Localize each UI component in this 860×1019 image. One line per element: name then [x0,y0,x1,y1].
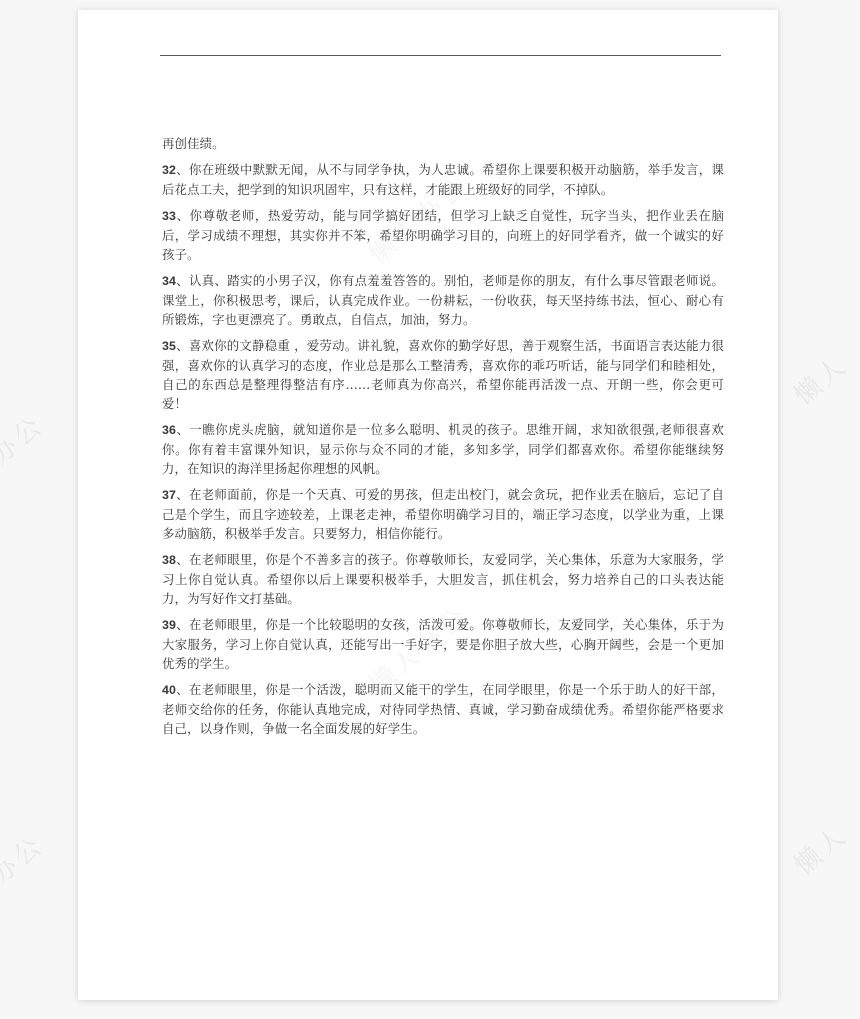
paragraph-number: 36 [162,423,176,437]
paragraph-number: 39 [162,618,176,632]
paragraph-36: 36、一瞧你虎头虎脑，就知道你是一位多么聪明、机灵的孩子。思维开阔，求知欲很强,… [162,420,724,478]
paragraph-35: 35、喜欢你的文静稳重 ，爱劳动。讲礼貌，喜欢你的勤学好思，善于观察生活，书面语… [162,336,724,413]
header-rule [160,55,721,56]
watermark-right-top: 懒人 [785,345,855,412]
paragraph-33: 33、你尊敬老师，热爱劳动，能与同学搞好团结，但学习上缺乏自觉性，玩字当头，把作… [162,206,724,264]
paragraph-text: 、在老师面前，你是一个天真、可爱的男孩，但走出校门，就会贪玩，把作业丢在脑后，忘… [162,487,724,541]
paragraph-number: 37 [162,488,176,502]
paragraph-37: 37、在老师面前，你是一个天真、可爱的男孩，但走出校门，就会贪玩，把作业丢在脑后… [162,485,724,543]
paragraph-text: 、在老师眼里，你是一个比较聪明的女孩，活泼可爱。你尊敬师长，友爱同学，关心集体，… [162,617,724,671]
paragraph-number: 35 [162,339,176,353]
paragraph-number: 40 [162,683,176,697]
paragraph-text: 、认真、踏实的小男子汉，你有点羞羞答答的。别怕，老师是你的朋友，有什么事尽管跟老… [162,273,724,327]
paragraph-text: 、在老师眼里，你是一个活泼，聪明而又能干的学生，在同学眼里，你是一个乐于助人的好… [162,682,724,736]
paragraph-40: 40、在老师眼里，你是一个活泼，聪明而又能干的学生，在同学眼里，你是一个乐于助人… [162,680,724,738]
paragraph-number: 32 [162,163,176,177]
paragraph-38: 38、在老师眼里，你是个不善多言的孩子。你尊敬师长，友爱同学，关心集体，乐意为大… [162,550,724,608]
paragraph-34: 34、认真、踏实的小男子汉，你有点羞羞答答的。别怕，老师是你的朋友，有什么事尽管… [162,271,724,329]
document-page: 再创佳绩。 32、你在班级中默默无闻，从不与同学争执，为人忠诚。希望你上课要积极… [78,10,778,1000]
paragraph-32: 32、你在班级中默默无闻，从不与同学争执，为人忠诚。希望你上课要积极开动脑筋，举… [162,160,724,199]
paragraph-number: 33 [162,209,176,223]
paragraph-text: 、在老师眼里，你是个不善多言的孩子。你尊敬师长，友爱同学，关心集体，乐意为大家服… [162,552,724,606]
paragraph-39: 39、在老师眼里，你是一个比较聪明的女孩，活泼可爱。你尊敬师长，友爱同学，关心集… [162,615,724,673]
paragraph-text: 、喜欢你的文静稳重 ，爱劳动。讲礼貌，喜欢你的勤学好思，善于观察生活，书面语言表… [162,338,724,411]
watermark-left-bottom: 办公 [0,825,51,892]
paragraph-text: 、你尊敬老师，热爱劳动，能与同学搞好团结，但学习上缺乏自觉性，玩字当头，把作业丢… [162,208,724,262]
paragraph-text: 、一瞧你虎头虎脑，就知道你是一位多么聪明、机灵的孩子。思维开阔，求知欲很强,老师… [162,422,724,476]
watermark-right-bottom: 懒人 [785,815,855,882]
watermark-left-top: 办公 [0,405,51,472]
paragraph-continuation: 再创佳绩。 [162,134,724,153]
paragraph-text: 、你在班级中默默无闻，从不与同学争执，为人忠诚。希望你上课要积极开动脑筋，举手发… [162,162,724,197]
paragraph-text: 再创佳绩。 [162,136,225,151]
paragraph-number: 38 [162,553,176,567]
document-viewer[interactable]: 办公 办公 再创佳绩。 32、你在班级中默默无闻，从不与同学争执，为人忠诚。希望… [0,0,860,1019]
page-content: 再创佳绩。 32、你在班级中默默无闻，从不与同学争执，为人忠诚。希望你上课要积极… [162,134,724,745]
paragraph-number: 34 [162,274,176,288]
